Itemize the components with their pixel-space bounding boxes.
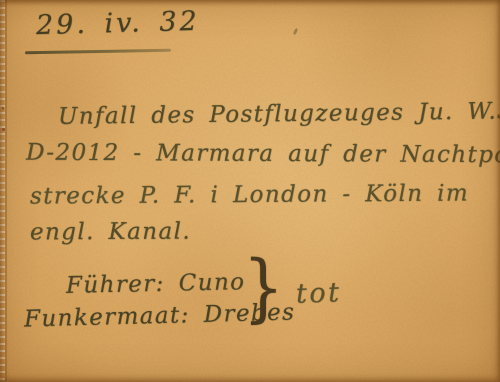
- date-underline: [25, 49, 171, 55]
- deckle-edge: [0, 0, 5, 382]
- crew-brace-glyph: }: [243, 246, 284, 331]
- body-line-1: Unfall des Postflugzeuges Ju. W.33: [58, 98, 500, 130]
- radio-operator-label: Funkermaat:: [24, 302, 190, 332]
- body-line-4: engl. Kanal.: [30, 219, 191, 246]
- fate-word: tot: [295, 277, 342, 310]
- body-line-2: D-2012 - Marmara auf der Nachtpost-: [26, 140, 500, 169]
- crew-line-pilot: Führer:Cuno: [66, 269, 246, 299]
- ink-speck: [293, 28, 299, 36]
- aged-paper-card: 29. iv. 32 Unfall des Postflugzeuges Ju.…: [0, 0, 500, 382]
- pilot-name: Cuno: [178, 269, 245, 296]
- body-line-3: strecke P. F. i London - Köln im: [30, 180, 469, 209]
- deckle-edge-shadow: [5, 0, 7, 382]
- date-line: 29. iv. 32: [36, 6, 200, 41]
- ink-speck: [2, 106, 4, 110]
- ink-speck: [2, 128, 5, 131]
- pilot-label: Führer:: [66, 271, 165, 299]
